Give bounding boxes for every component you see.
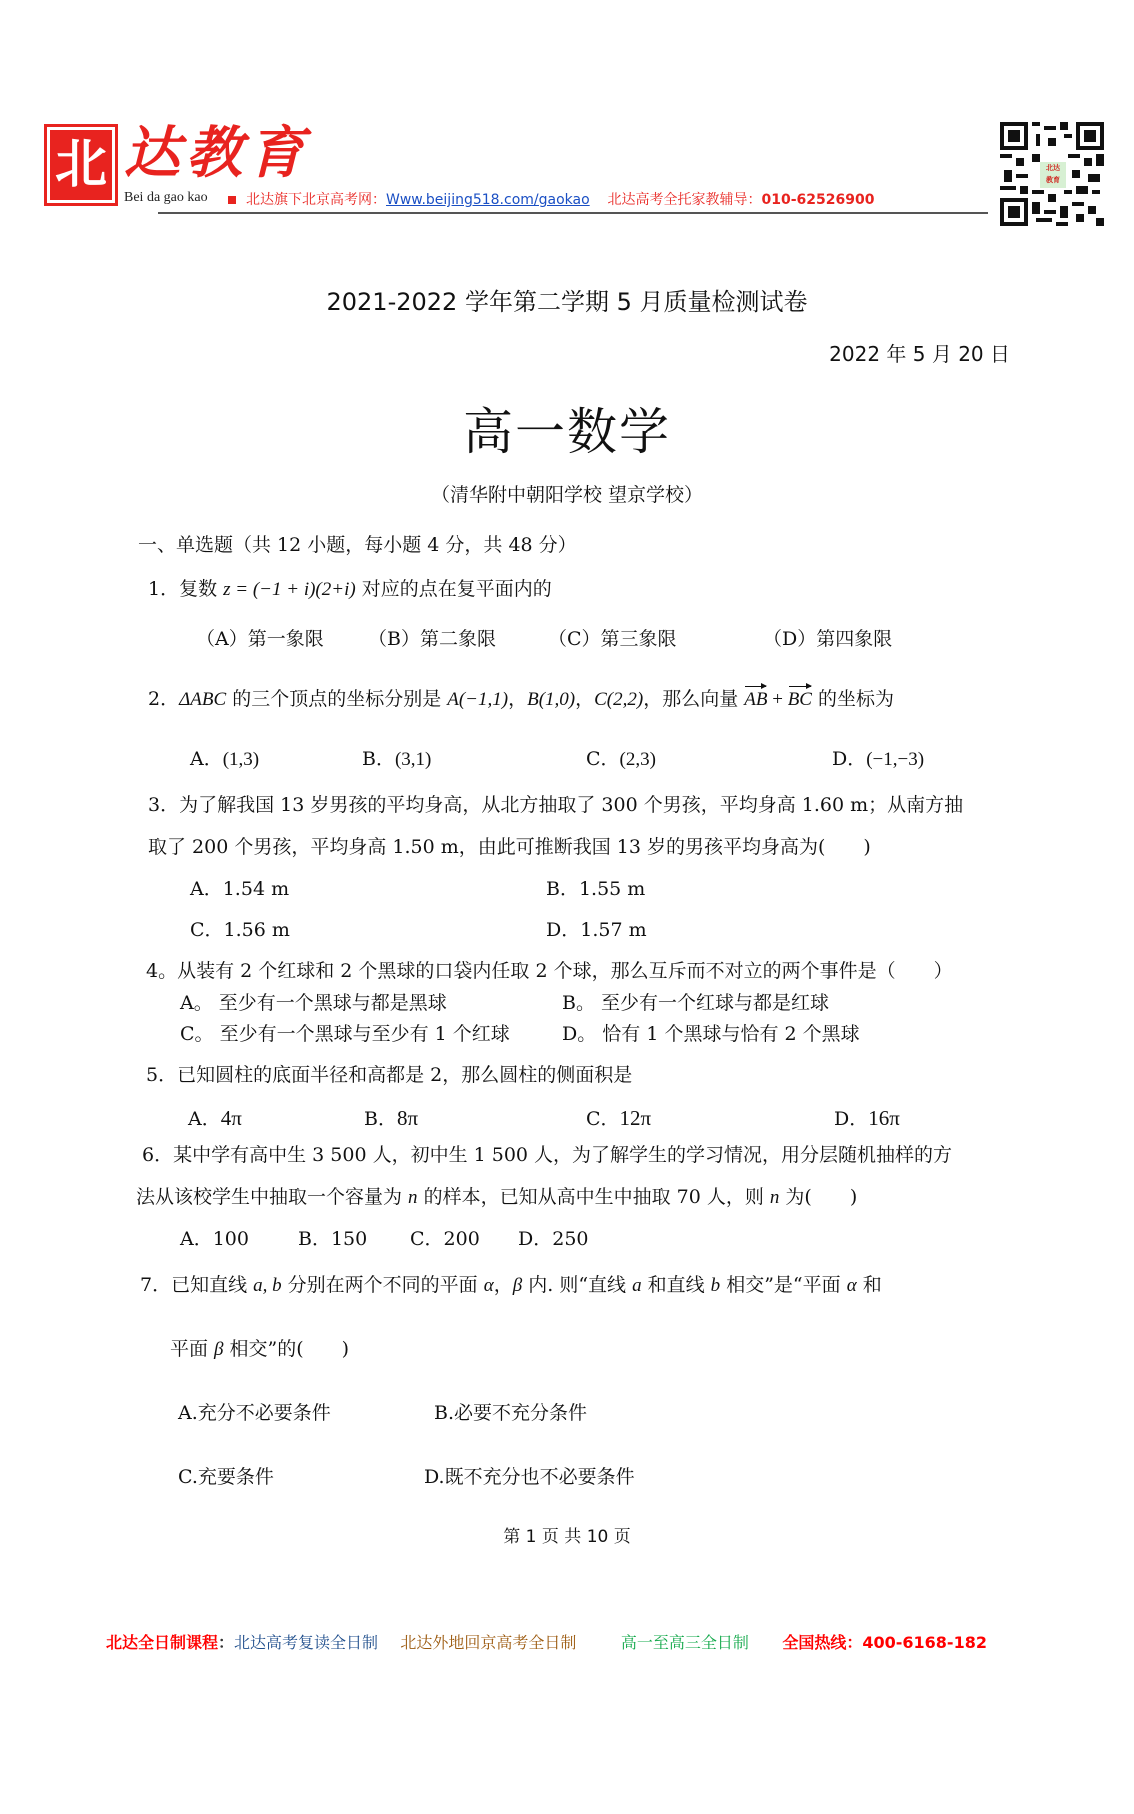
q4-option-a[interactable]: A。 至少有一个黑球与都是黑球 (180, 988, 447, 1015)
question-6-stem-line2: 法从该校学生中抽取一个容量为 n 的样本，已知从高中生中抽取 70 人，则 n … (136, 1182, 857, 1209)
q6-option-d[interactable]: D．250 (518, 1224, 589, 1251)
logo-text: 达教育 (124, 118, 310, 188)
vector-bc: BC (788, 689, 812, 711)
footer-course-1: 北达高考复读全日制 (234, 1633, 378, 1652)
site-link[interactable]: Www.beijing518.com/gaokao (386, 192, 590, 208)
q3-option-a[interactable]: A．1.54 m (190, 874, 289, 901)
exam-title: 2021-2022 学年第二学期 5 月质量检测试卷 (0, 282, 1134, 317)
question-4-stem: 4。从装有 2 个红球和 2 个黑球的口袋内任取 2 个球，那么互斥而不对立的两… (146, 956, 953, 983)
question-2-stem: 2．ΔABC 的三个顶点的坐标分别是 A(−1,1)，B(1,0)，C(2,2)… (148, 684, 894, 711)
q3-option-b[interactable]: B．1.55 m (546, 874, 645, 901)
q1-option-a[interactable]: （A）第一象限 (196, 624, 324, 651)
qr-code-icon: 北达教育 (1000, 122, 1104, 226)
q6-option-c[interactable]: C．200 (410, 1224, 480, 1251)
tutoring-label: 北达高考全托家教辅导： (607, 192, 761, 208)
q5-option-c[interactable]: C．12π (586, 1104, 651, 1131)
q1-formula: z = (−1 + i)(2+i) (223, 579, 356, 600)
section-heading: 一、单选题（共 12 小题，每小题 4 分，共 48 分） (138, 530, 577, 557)
footer-course-2: 北达外地回京高考全日制 (400, 1633, 576, 1652)
question-7-stem-line1: 7．已知直线 a, b 分别在两个不同的平面 α，β 内. 则“直线 a 和直线… (140, 1270, 882, 1297)
logo-subtitle: Bei da gao kao (124, 190, 208, 206)
exam-date: 2022 年 5 月 20 日 (829, 338, 1010, 367)
q7-option-d[interactable]: D.既不充分也不必要条件 (424, 1462, 635, 1489)
footer-banner: 北达全日制课程：北达高考复读全日制 北达外地回京高考全日制 高一至高三全日制 全… (106, 1630, 987, 1653)
q5-option-a[interactable]: A．4π (188, 1104, 242, 1131)
q5-option-b[interactable]: B．8π (364, 1104, 418, 1131)
footer-label: 北达全日制课程 (106, 1633, 218, 1652)
q1-option-b[interactable]: （B）第二象限 (368, 624, 496, 651)
q7-option-c[interactable]: C.充要条件 (178, 1462, 274, 1489)
tutoring-phone: 010-62526900 (761, 192, 874, 208)
q7-option-b[interactable]: B.必要不充分条件 (434, 1398, 587, 1425)
q2-option-b[interactable]: B．(3,1) (362, 744, 431, 771)
q6-option-a[interactable]: A．100 (180, 1224, 249, 1251)
qr-center-logo: 北达教育 (1040, 162, 1066, 188)
q4-option-d[interactable]: D。 恰有 1 个黑球与恰有 2 个黑球 (562, 1019, 860, 1046)
question-7-stem-line2: 平面 β 相交”的( ) (170, 1334, 349, 1361)
logo-glyph: 北 (47, 133, 115, 197)
q2-option-a[interactable]: A．(1,3) (190, 744, 259, 771)
q3-option-c[interactable]: C．1.56 m (190, 915, 290, 942)
q2-option-d[interactable]: D．(−1,−3) (832, 744, 924, 771)
vector-ab: AB (744, 689, 767, 711)
footer-course-3: 高一至高三全日制 (621, 1633, 749, 1652)
site-label: 北达旗下北京高考网： (246, 192, 386, 208)
question-3-stem-line1: 3．为了解我国 13 岁男孩的平均身高，从北方抽取了 300 个男孩，平均身高 … (148, 790, 963, 817)
q6-option-b[interactable]: B．150 (298, 1224, 367, 1251)
q4-option-b[interactable]: B。 至少有一个红球与都是红球 (562, 988, 829, 1015)
q1-option-c[interactable]: （C）第三象限 (548, 624, 677, 651)
page-number: 第 1 页 共 10 页 (0, 1522, 1134, 1547)
question-5-stem: 5．已知圆柱的底面半径和高都是 2，那么圆柱的侧面积是 (146, 1060, 632, 1087)
header-contact-line: 北达旗下北京高考网：Www.beijing518.com/gaokao 北达高考… (246, 189, 874, 209)
q4-option-c[interactable]: C。 至少有一个黑球与至少有 1 个红球 (180, 1019, 510, 1046)
question-1-stem: 1．复数 z = (−1 + i)(2+i) 对应的点在复平面内的 (148, 574, 552, 601)
q7-option-a[interactable]: A.充分不必要条件 (178, 1398, 331, 1425)
footer-hotline: 400-6168-182 (862, 1633, 987, 1652)
question-3-stem-line2: 取了 200 个男孩，平均身高 1.50 m，由此可推断我国 13 岁的男孩平均… (148, 832, 871, 859)
footer-hotline-label: 全国热线： (782, 1633, 862, 1652)
bullet-square-icon (228, 196, 236, 204)
q5-option-d[interactable]: D．16π (834, 1104, 900, 1131)
q2-option-c[interactable]: C．(2,3) (586, 744, 656, 771)
question-6-stem-line1: 6．某中学有高中生 3 500 人，初中生 1 500 人，为了解学生的学习情况… (142, 1140, 952, 1167)
q3-option-d[interactable]: D．1.57 m (546, 915, 647, 942)
subject-title: 高一数学 (0, 392, 1134, 464)
q1-option-d[interactable]: （D）第四象限 (763, 624, 892, 651)
school-names: （清华附中朝阳学校 望京学校） (0, 480, 1134, 507)
logo-mark: 北 (44, 124, 118, 206)
header-divider (158, 212, 988, 214)
